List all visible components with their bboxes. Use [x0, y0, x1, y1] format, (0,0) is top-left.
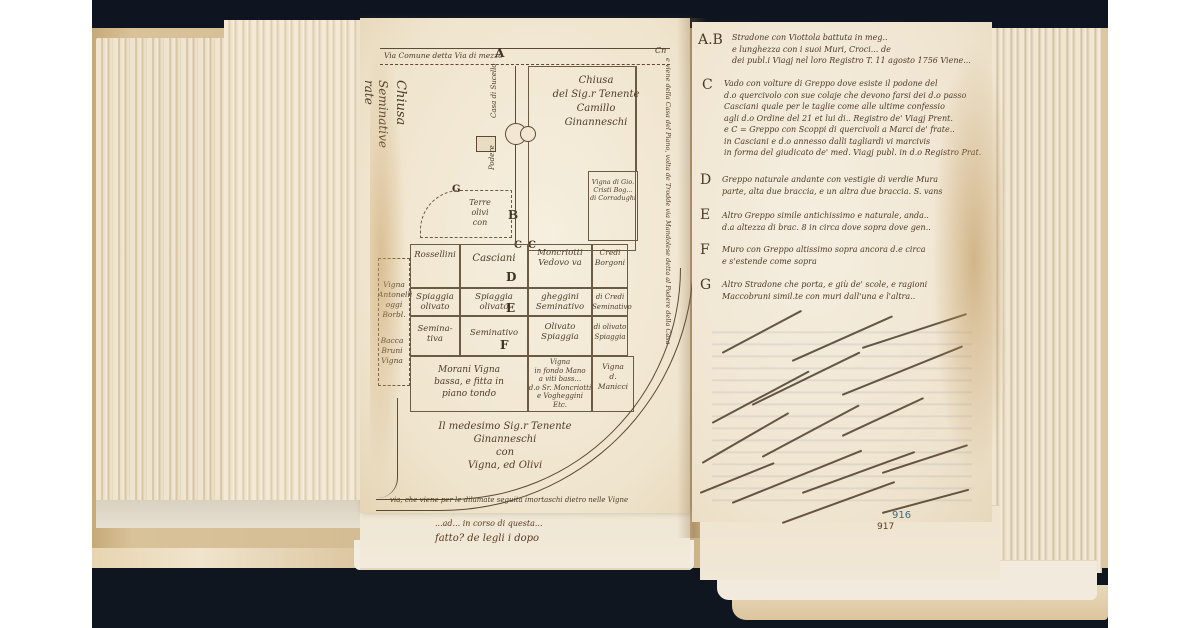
road-top-line-2	[380, 64, 670, 65]
legend-text-g: Altro Stradone che porta, e giù de' scol…	[722, 279, 927, 302]
manuscript-photograph: ...ad... in corso di questa... fatto? de…	[92, 0, 1108, 628]
legend-letter-f: F	[700, 242, 710, 258]
top-right-fragment: Cn	[655, 46, 666, 55]
parcel-label-medesimo: Il medesimo Sig.r Tenente Ginanneschi co…	[420, 420, 590, 472]
chapel-apse-right	[520, 126, 536, 142]
bottom-road-label: via, che viene per le dilamate seguita i…	[390, 496, 628, 504]
label-podere: Podere	[488, 145, 496, 170]
left-page-map: Via Comune detta Via di mezzo Cn A B C C…	[360, 18, 690, 513]
legend-letter-d: D	[700, 172, 711, 188]
folio-number-916: 916	[892, 510, 911, 521]
page-stack-left-shadow	[96, 500, 368, 528]
water-stain-left	[370, 40, 406, 480]
lower-leaf-note: ...ad... in corso di questa...	[435, 519, 542, 528]
water-stain-right	[932, 40, 1002, 480]
parcel-label-chiusa-main: Chiusa del Sig.r Tenente Camillo Ginanne…	[546, 74, 646, 130]
parcel-label-vigna-top-right: Vigna di Gio. Cristi Bog... di Corradugh…	[588, 178, 638, 202]
legend-text-f: Muro con Greppo altissimo sopra ancora d…	[722, 244, 925, 267]
legend-text-e: Altro Greppo simile antichissimo e natur…	[722, 210, 931, 233]
legend-text-d: Greppo naturale andante con vestigie di …	[722, 174, 943, 197]
legend-letter-c: C	[702, 77, 713, 93]
legend-letter-e: E	[700, 207, 710, 223]
binding-lower-edge-left	[92, 548, 360, 568]
lower-leaf-left: ...ad... in corso di questa... fatto? de…	[360, 505, 690, 570]
label-casa-sucello: Casa di Sucello	[490, 63, 498, 118]
road-top-line	[380, 48, 670, 49]
map-letter-a: A	[495, 46, 504, 60]
legend-letter-g: G	[700, 277, 711, 293]
page-stack-right	[992, 28, 1102, 573]
page-stack-left-inner	[224, 20, 364, 518]
folio-number-917: 917	[877, 522, 894, 532]
side-road-label: e viene della Casa del Piano, volta de T…	[664, 58, 672, 498]
parcel-label-terre-olivi: Terre olivi con	[460, 198, 500, 228]
legend-letter-ab: A.B	[698, 32, 723, 48]
road-curve-inner	[376, 258, 694, 511]
lane-line-left	[515, 66, 516, 246]
lower-leaf-note: fatto? de legli i dopo	[435, 533, 539, 544]
